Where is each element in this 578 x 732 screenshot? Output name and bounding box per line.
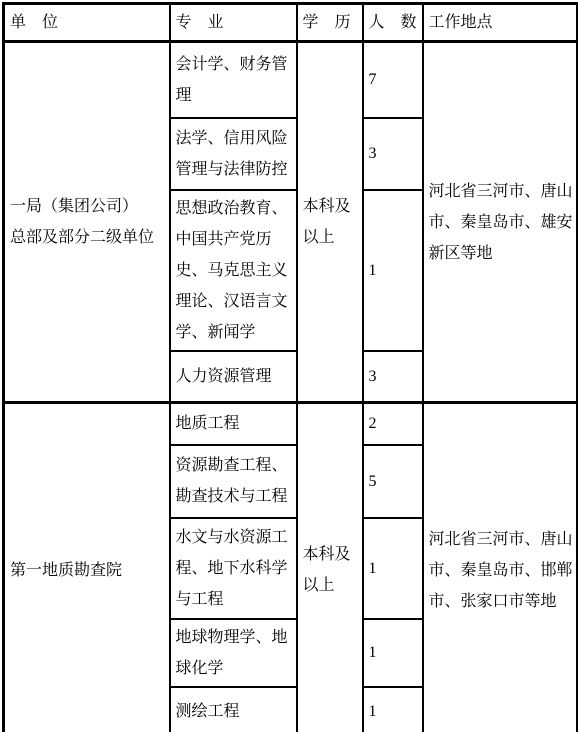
- count-cell: 1: [363, 619, 423, 687]
- col-header-count: 人 数: [363, 4, 423, 42]
- major-cell: 地球物理学、地球化学: [170, 619, 297, 687]
- count-cell: 5: [363, 445, 423, 518]
- major-cell: 法学、信用风险管理与法律防控: [170, 118, 297, 190]
- col-header-unit: 单 位: [4, 4, 170, 42]
- major-cell: 会计学、财务管理: [170, 42, 297, 118]
- major-cell: 人力资源管理: [170, 351, 297, 403]
- count-cell: 7: [363, 42, 423, 118]
- document-page: 单 位 专 业 学 历 人 数 工作地点 一局（集团公司） 总部及部分二级单位 …: [0, 0, 578, 732]
- recruitment-table: 单 位 专 业 学 历 人 数 工作地点 一局（集团公司） 总部及部分二级单位 …: [2, 2, 578, 732]
- major-cell: 资源勘查工程、勘查技术与工程: [170, 445, 297, 518]
- count-cell: 2: [363, 403, 423, 445]
- location-cell: 河北省三河市、唐山市、秦皇岛市、雄安新区等地: [423, 42, 578, 403]
- location-cell: 河北省三河市、唐山市、秦皇岛市、邯郸市、张家口市等地: [423, 403, 578, 732]
- unit-cell: 第一地质勘查院: [4, 403, 170, 732]
- col-header-location: 工作地点: [423, 4, 578, 42]
- table-row: 第一地质勘查院 地质工程 本科及以上 2 河北省三河市、唐山市、秦皇岛市、邯郸市…: [4, 403, 578, 445]
- table-header-row: 单 位 专 业 学 历 人 数 工作地点: [4, 4, 578, 42]
- major-cell: 思想政治教育、中国共产党历史、马克思主义理论、汉语言文学、新闻学: [170, 190, 297, 351]
- col-header-major: 专 业: [170, 4, 297, 42]
- count-cell: 1: [363, 190, 423, 351]
- major-cell: 测绘工程: [170, 687, 297, 732]
- education-cell: 本科及以上: [297, 42, 363, 403]
- major-cell: 地质工程: [170, 403, 297, 445]
- count-cell: 1: [363, 518, 423, 619]
- count-cell: 3: [363, 351, 423, 403]
- unit-cell: 一局（集团公司） 总部及部分二级单位: [4, 42, 170, 403]
- table-row: 一局（集团公司） 总部及部分二级单位 会计学、财务管理 本科及以上 7 河北省三…: [4, 42, 578, 118]
- col-header-education: 学 历: [297, 4, 363, 42]
- major-cell: 水文与水资源工程、地下水科学与工程: [170, 518, 297, 619]
- count-cell: 1: [363, 687, 423, 732]
- education-cell: 本科及以上: [297, 403, 363, 732]
- count-cell: 3: [363, 118, 423, 190]
